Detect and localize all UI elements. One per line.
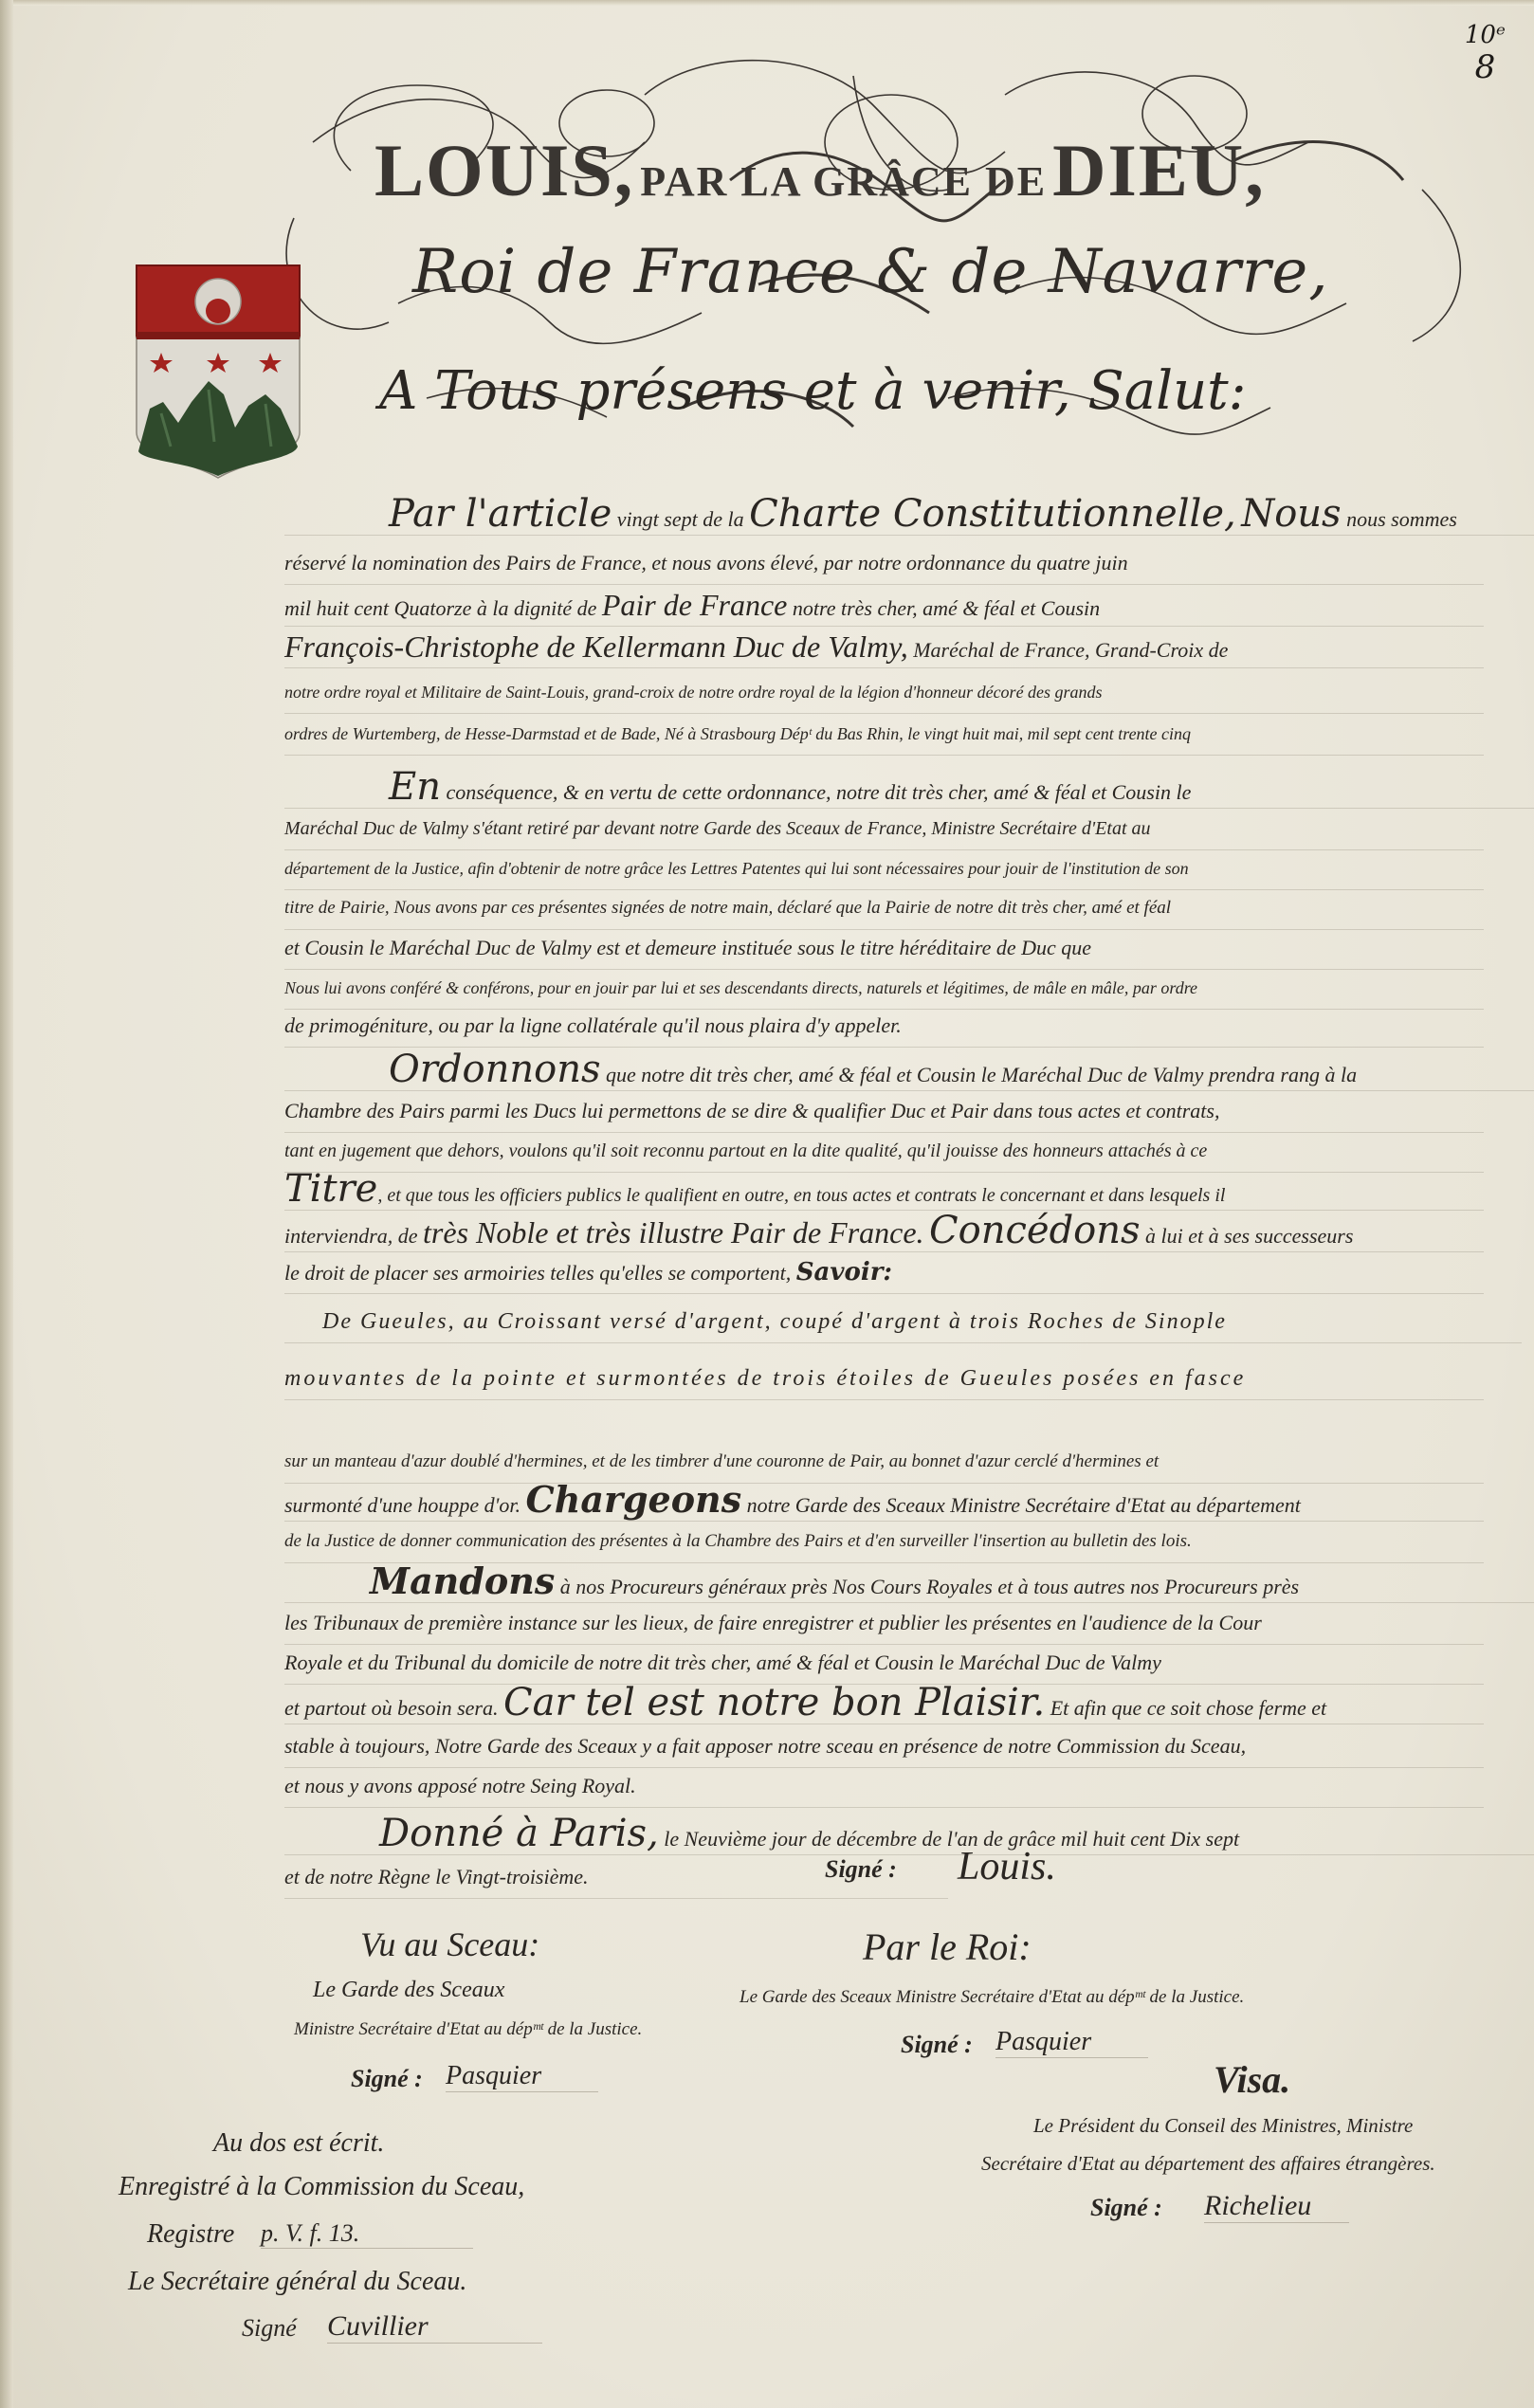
body-line: En conséquence, & en vertu de cette ordo… xyxy=(284,766,1534,809)
body-line: Titre, et que tous les officiers publics… xyxy=(284,1168,1484,1211)
title-par-la-grace: PAR LA GRÂCE DE xyxy=(640,158,1047,205)
coat-of-arms-icon xyxy=(133,262,303,482)
title-dieu: DIEU, xyxy=(1052,129,1266,211)
body-line: et Cousin le Maréchal Duc de Valmy est e… xyxy=(284,927,1484,970)
binding-edge xyxy=(0,0,13,2408)
body-line: tant en jugement que dehors, voulons qu'… xyxy=(284,1130,1484,1173)
body-line: Maréchal Duc de Valmy s'étant retiré par… xyxy=(284,808,1484,850)
body-line: ordres de Wurtemberg, de Hesse-Darmstad … xyxy=(284,713,1484,756)
body-line: mil huit cent Quatorze à la dignité de P… xyxy=(284,584,1484,627)
salutation: A Tous présens et à venir, Salut: xyxy=(379,360,1247,422)
body-line: Nous lui avons conféré & conférons, pour… xyxy=(284,967,1484,1010)
body-line: Royale et du Tribunal du domicile de not… xyxy=(284,1642,1484,1685)
body-line: stable à toujours, Notre Garde des Sceau… xyxy=(284,1725,1484,1768)
body-line: de primogéniture, ou par la ligne collat… xyxy=(284,1005,1484,1048)
body-line: département de la Justice, afin d'obteni… xyxy=(284,848,1484,890)
royal-title: LOUIS, PAR LA GRÂCE DE DIEU, xyxy=(374,128,1266,213)
body-line: sur un manteau d'azur doublé d'hermines,… xyxy=(284,1441,1484,1484)
body-line: les Tribunaux de première instance sur l… xyxy=(284,1602,1484,1645)
body-line: et partout où besoin sera. Car tel est n… xyxy=(284,1682,1484,1724)
body-line: de la Justice de donner communication de… xyxy=(284,1521,1484,1563)
title-louis: LOUIS, xyxy=(374,129,634,211)
body-line: le droit de placer ses armoiries telles … xyxy=(284,1251,1484,1294)
body-line: surmonté d'une houppe d'or. Chargeons no… xyxy=(284,1479,1484,1522)
body-line: Ordonnons que notre dit très cher, amé &… xyxy=(284,1049,1534,1091)
body-line: Chambre des Pairs parmi les Ducs lui per… xyxy=(284,1090,1484,1133)
body-line: notre ordre royal et Militaire de Saint-… xyxy=(284,671,1484,714)
body-line: Mandons à nos Procureurs généraux près N… xyxy=(284,1560,1534,1603)
body-line: interviendra, de très Noble et très illu… xyxy=(284,1210,1484,1252)
body-line: François-Christophe de Kellermann Duc de… xyxy=(284,626,1484,668)
royal-subtitle: Roi de France & de Navarre, xyxy=(412,237,1329,307)
page-top-edge xyxy=(0,0,1534,6)
signature-name: Louis. xyxy=(958,1844,1056,1889)
body-line: réservé la nomination des Pairs de Franc… xyxy=(284,542,1484,585)
signature-label: Signé : xyxy=(825,1855,897,1884)
body-line: Par l'article vingt sept de la Charte Co… xyxy=(284,493,1534,536)
body-line: titre de Pairie, Nous avons par ces prés… xyxy=(284,887,1484,930)
blazon-line: De Gueules, au Croissant versé d'argent,… xyxy=(284,1301,1522,1343)
body-line: Donné à Paris, le Neuvième jour de décem… xyxy=(284,1813,1534,1855)
blazon-line: mouvantes de la pointe et surmontées de … xyxy=(284,1358,1484,1400)
body-line: et nous y avons apposé notre Seing Royal… xyxy=(284,1765,1484,1808)
grantee-name: François-Christophe de Kellermann Duc de… xyxy=(284,629,908,664)
